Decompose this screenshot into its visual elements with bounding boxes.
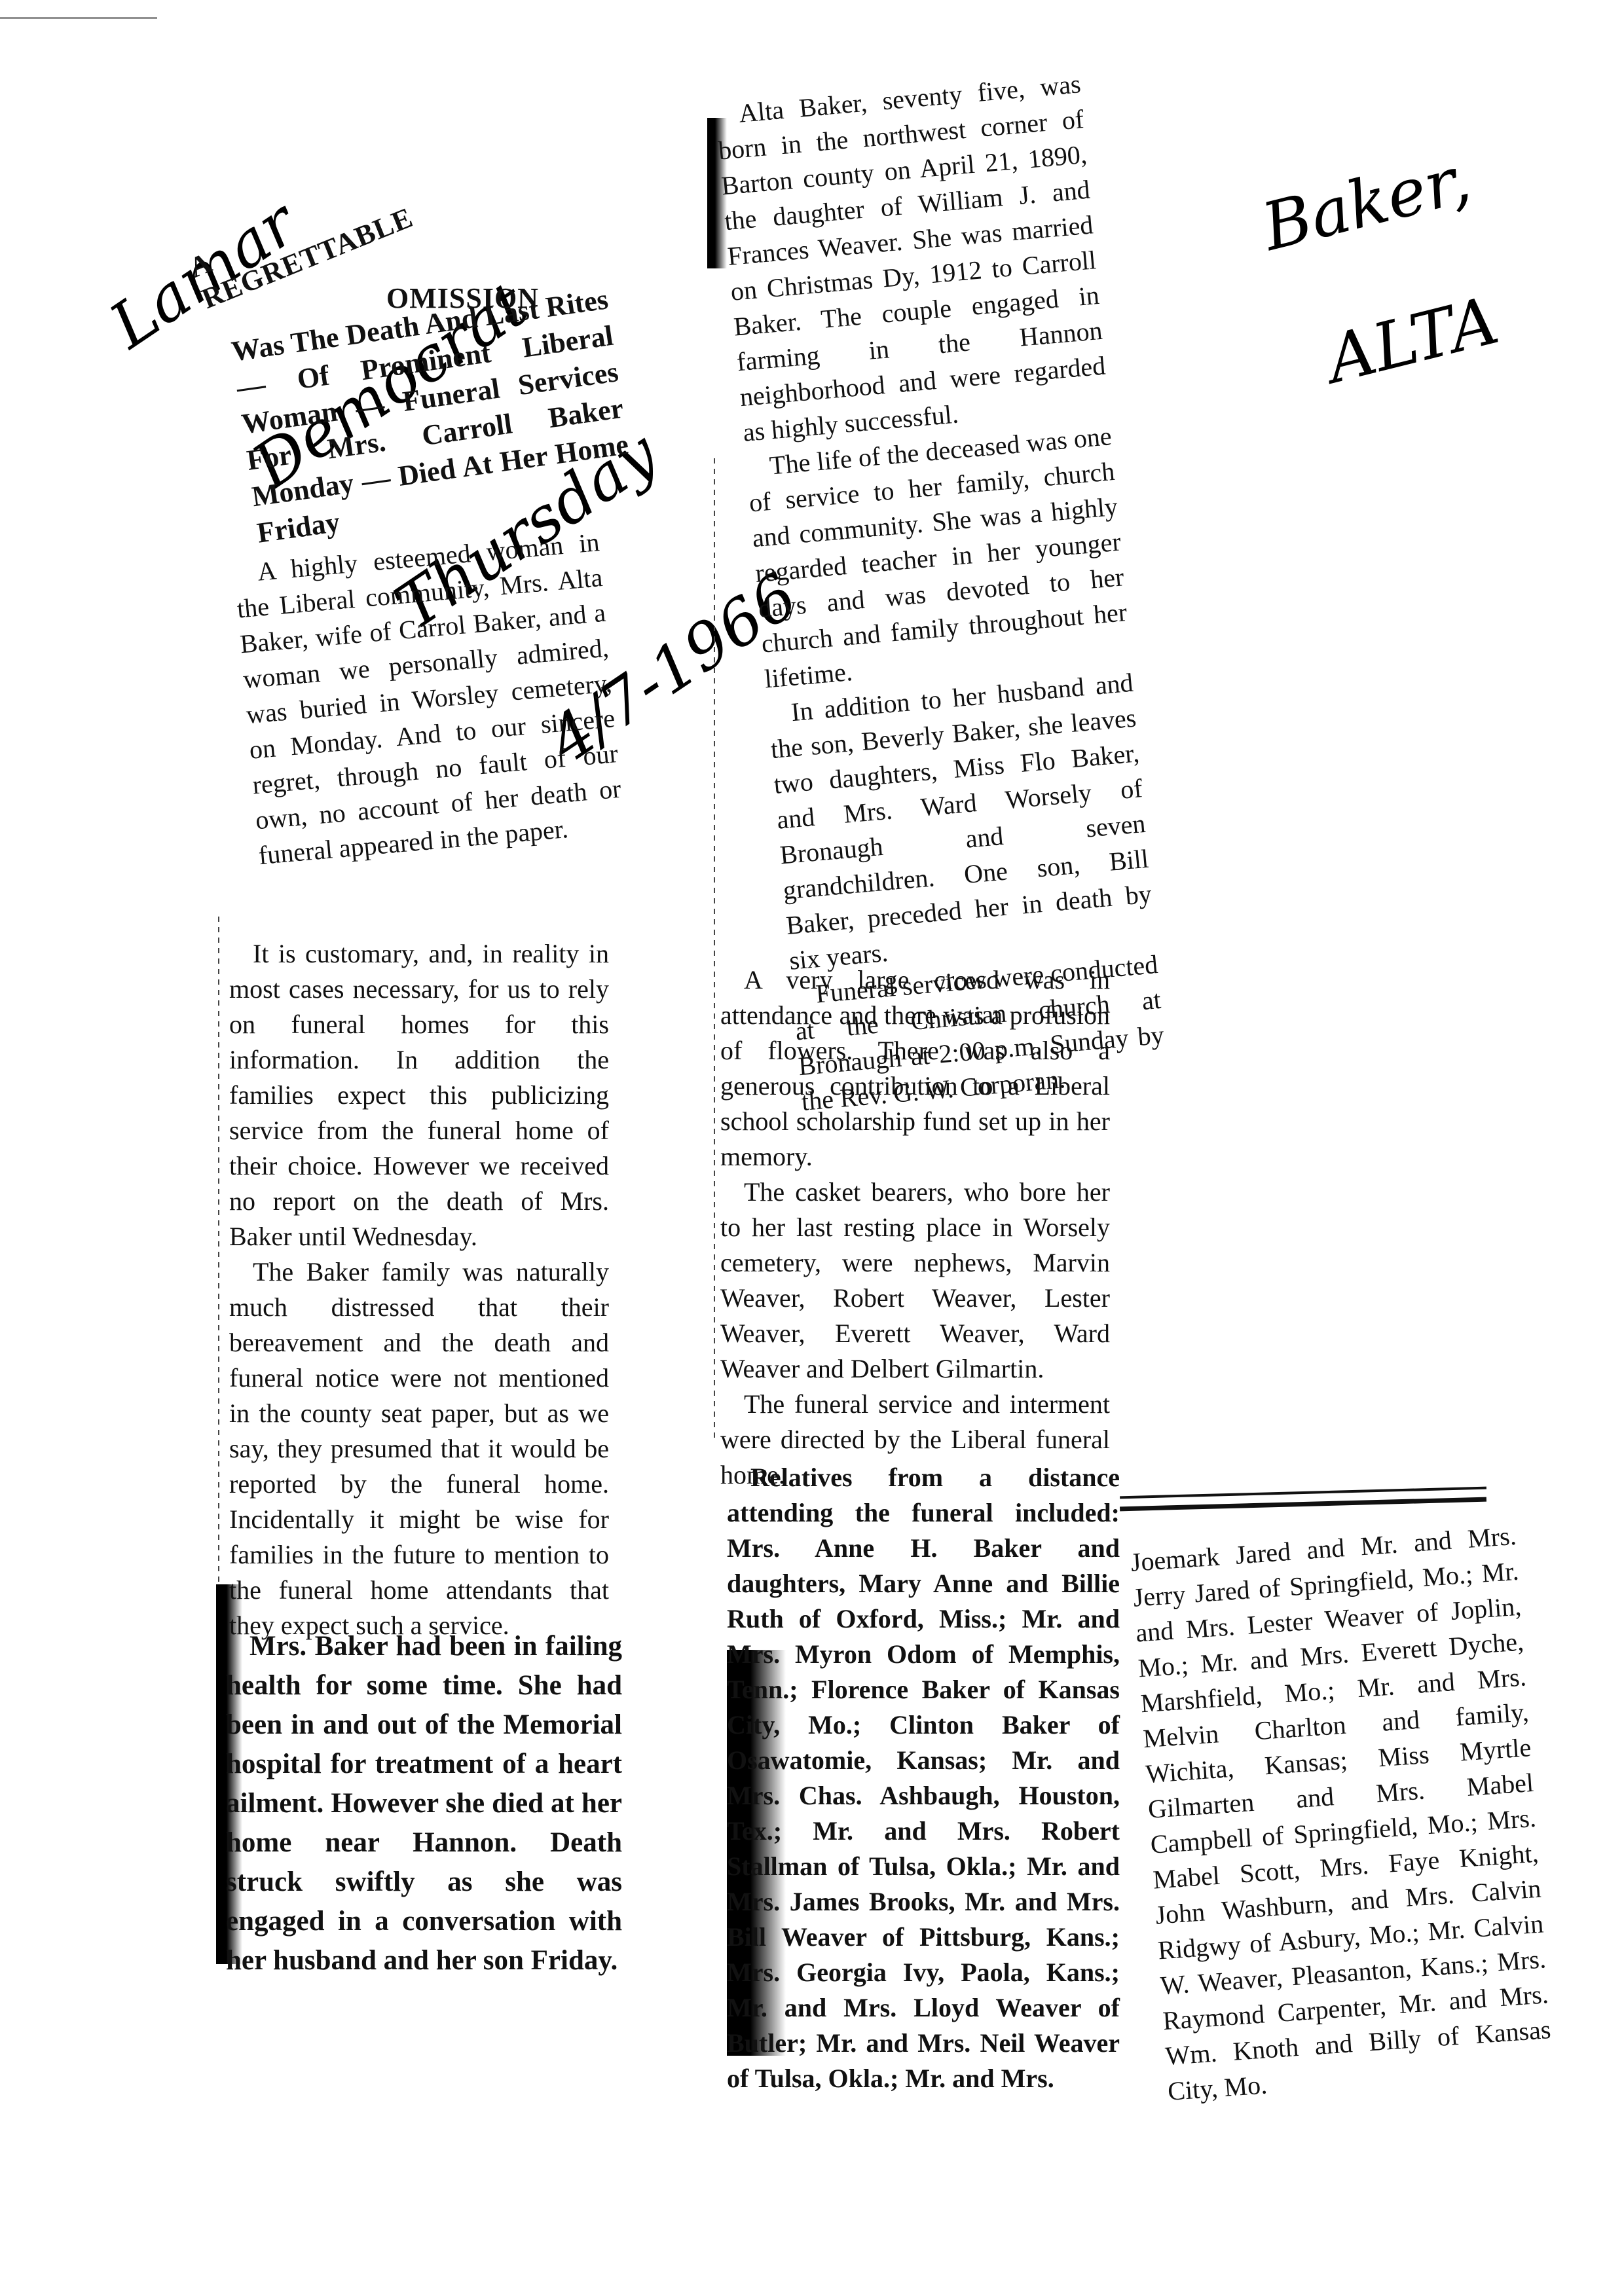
article-column-2-relatives: Relatives from a distance attending the … — [727, 1460, 1120, 2096]
paragraph: In addition to her husband and the son, … — [766, 665, 1156, 979]
article-column-1-top: A highly esteemed woman in the Liberal c… — [232, 524, 625, 873]
note-line: Baker, — [1255, 140, 1478, 265]
handwritten-name-note: Baker, ALTA — [1198, 73, 1530, 484]
paragraph: It is customary, and, in reality in most… — [229, 936, 609, 1254]
column-divider-rule — [1120, 1497, 1486, 1512]
article-column-3: Joemark Jared and Mr. and Mrs. Jerry Jar… — [1130, 1518, 1555, 2109]
article-column-2-top: Alta Baker, seventy five, was born in th… — [714, 66, 1168, 1120]
article-column-1-bottom: Mrs. Baker had been in failing health fo… — [226, 1627, 622, 1980]
clipping-edge — [218, 917, 219, 1584]
paragraph: The Baker family was naturally much dist… — [229, 1254, 609, 1643]
paragraph: The casket bearers, who bore her to her … — [720, 1175, 1110, 1387]
article-column-2-middle: A very large crowd was in attendance and… — [720, 962, 1110, 1493]
paragraph: Joemark Jared and Mr. and Mrs. Jerry Jar… — [1130, 1518, 1555, 2109]
paragraph: A highly esteemed woman in the Liberal c… — [232, 524, 625, 873]
note-line: ALTA — [1320, 283, 1513, 396]
article-column-1-middle: It is customary, and, in reality in most… — [229, 936, 609, 1643]
paragraph: Mrs. Baker had been in failing health fo… — [226, 1627, 622, 1980]
paragraph: A very large crowd was in attendance and… — [720, 962, 1110, 1175]
paragraph: Relatives from a distance attending the … — [727, 1460, 1120, 2096]
paragraph: The life of the deceased was one of serv… — [745, 418, 1132, 697]
column-divider-rule — [1120, 1487, 1486, 1499]
clipping-edge — [714, 458, 715, 1440]
article-headline: A REGRETTABLE OMISSION Was The Death And… — [210, 249, 616, 316]
scan-artifact-line — [0, 17, 157, 19]
paragraph: Alta Baker, seventy five, was born in th… — [714, 66, 1110, 450]
